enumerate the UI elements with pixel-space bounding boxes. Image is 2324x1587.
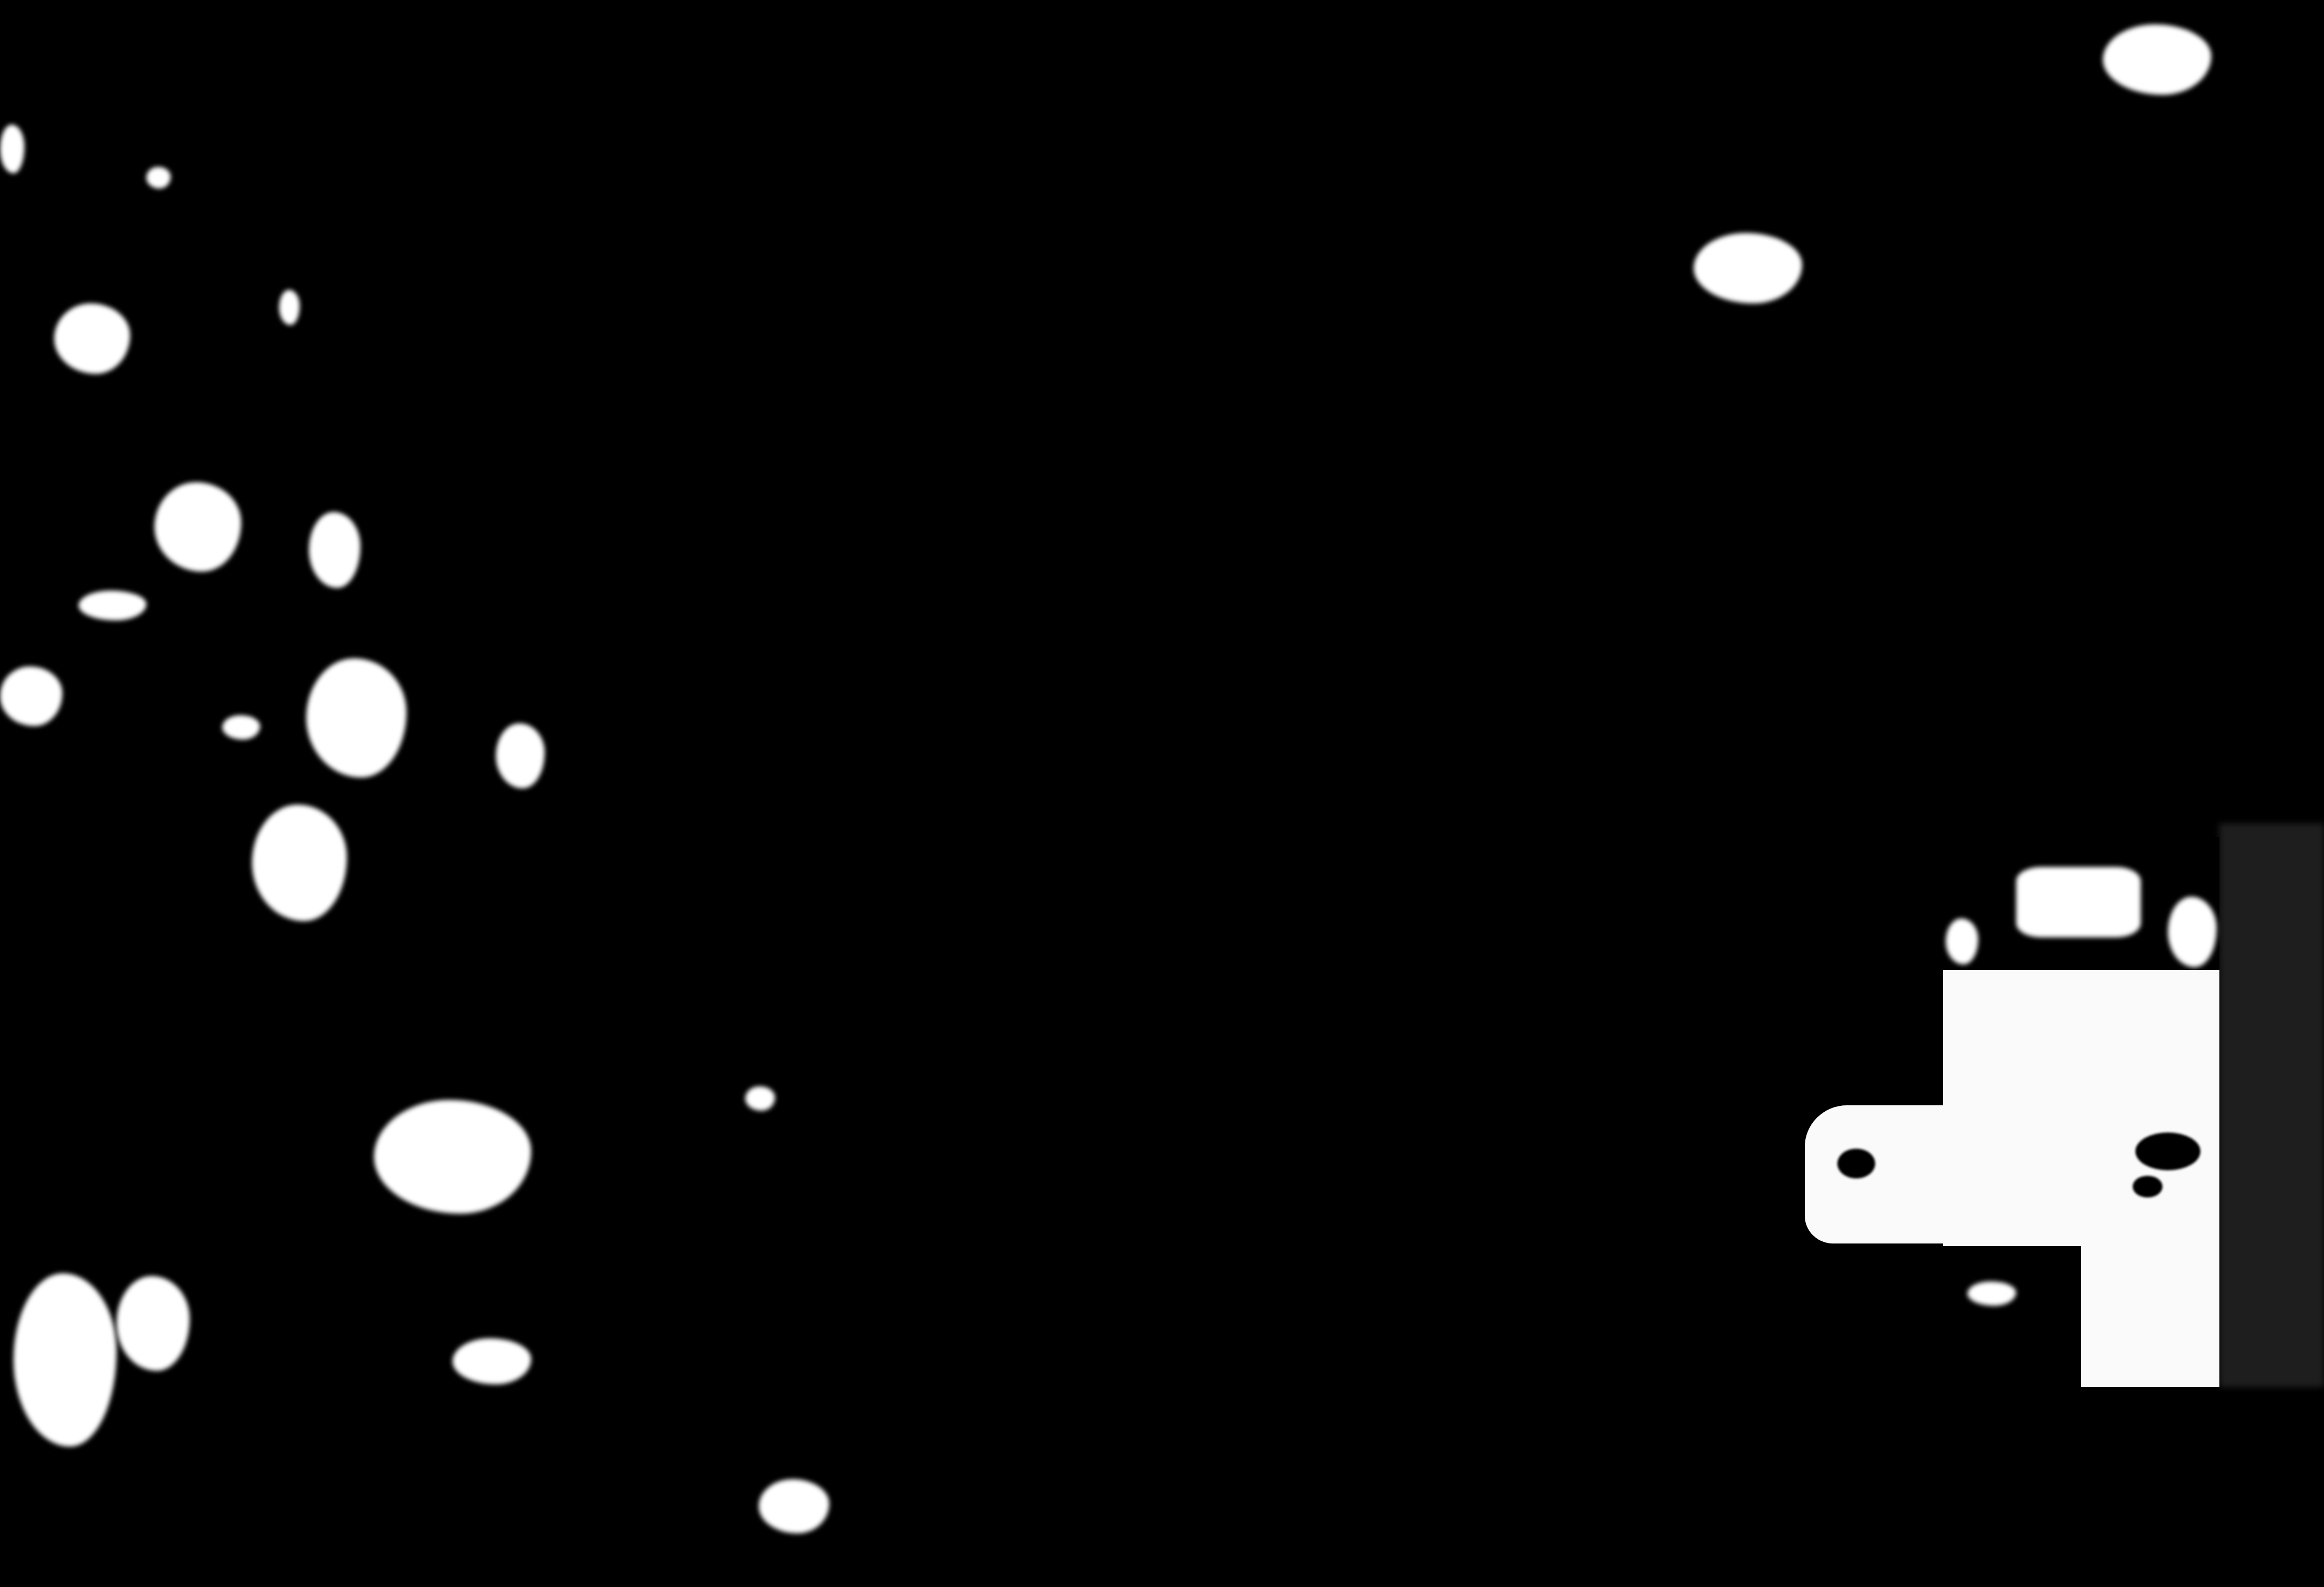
mask-blob <box>374 1100 531 1214</box>
mask-blob <box>252 805 347 921</box>
mask-hole <box>1837 1149 1875 1178</box>
mask-tile-filled <box>2081 1246 2219 1387</box>
mask-blob <box>14 1273 117 1447</box>
mask-tile-filled <box>1943 970 2219 1246</box>
mask-blob <box>279 290 300 325</box>
segmentation-mask <box>0 0 2324 1587</box>
mask-blob <box>453 1338 531 1384</box>
mask-blob <box>496 723 545 788</box>
mask-blob <box>146 167 171 189</box>
mask-blob <box>2168 897 2217 967</box>
mask-blob <box>2016 867 2141 937</box>
mask-blob <box>222 715 260 740</box>
mask-blob <box>745 1086 775 1111</box>
mask-hole <box>2135 1132 2200 1170</box>
mask-blob <box>309 512 360 588</box>
mask-blob <box>306 658 406 778</box>
mask-tile-dim <box>2219 824 2324 1387</box>
mask-blob <box>1946 918 1978 964</box>
mask-blob <box>79 591 146 620</box>
mask-blob <box>0 666 62 726</box>
mask-blob <box>1694 233 1802 303</box>
mask-blob <box>1967 1281 2016 1306</box>
mask-blob <box>117 1276 190 1371</box>
mask-hole <box>2133 1176 2162 1197</box>
mask-tile-filled <box>1805 1105 1946 1243</box>
mask-blob <box>759 1479 829 1533</box>
mask-blob <box>154 482 241 572</box>
mask-blob <box>2103 24 2211 95</box>
mask-blob <box>54 303 130 374</box>
mask-blob <box>0 125 24 173</box>
